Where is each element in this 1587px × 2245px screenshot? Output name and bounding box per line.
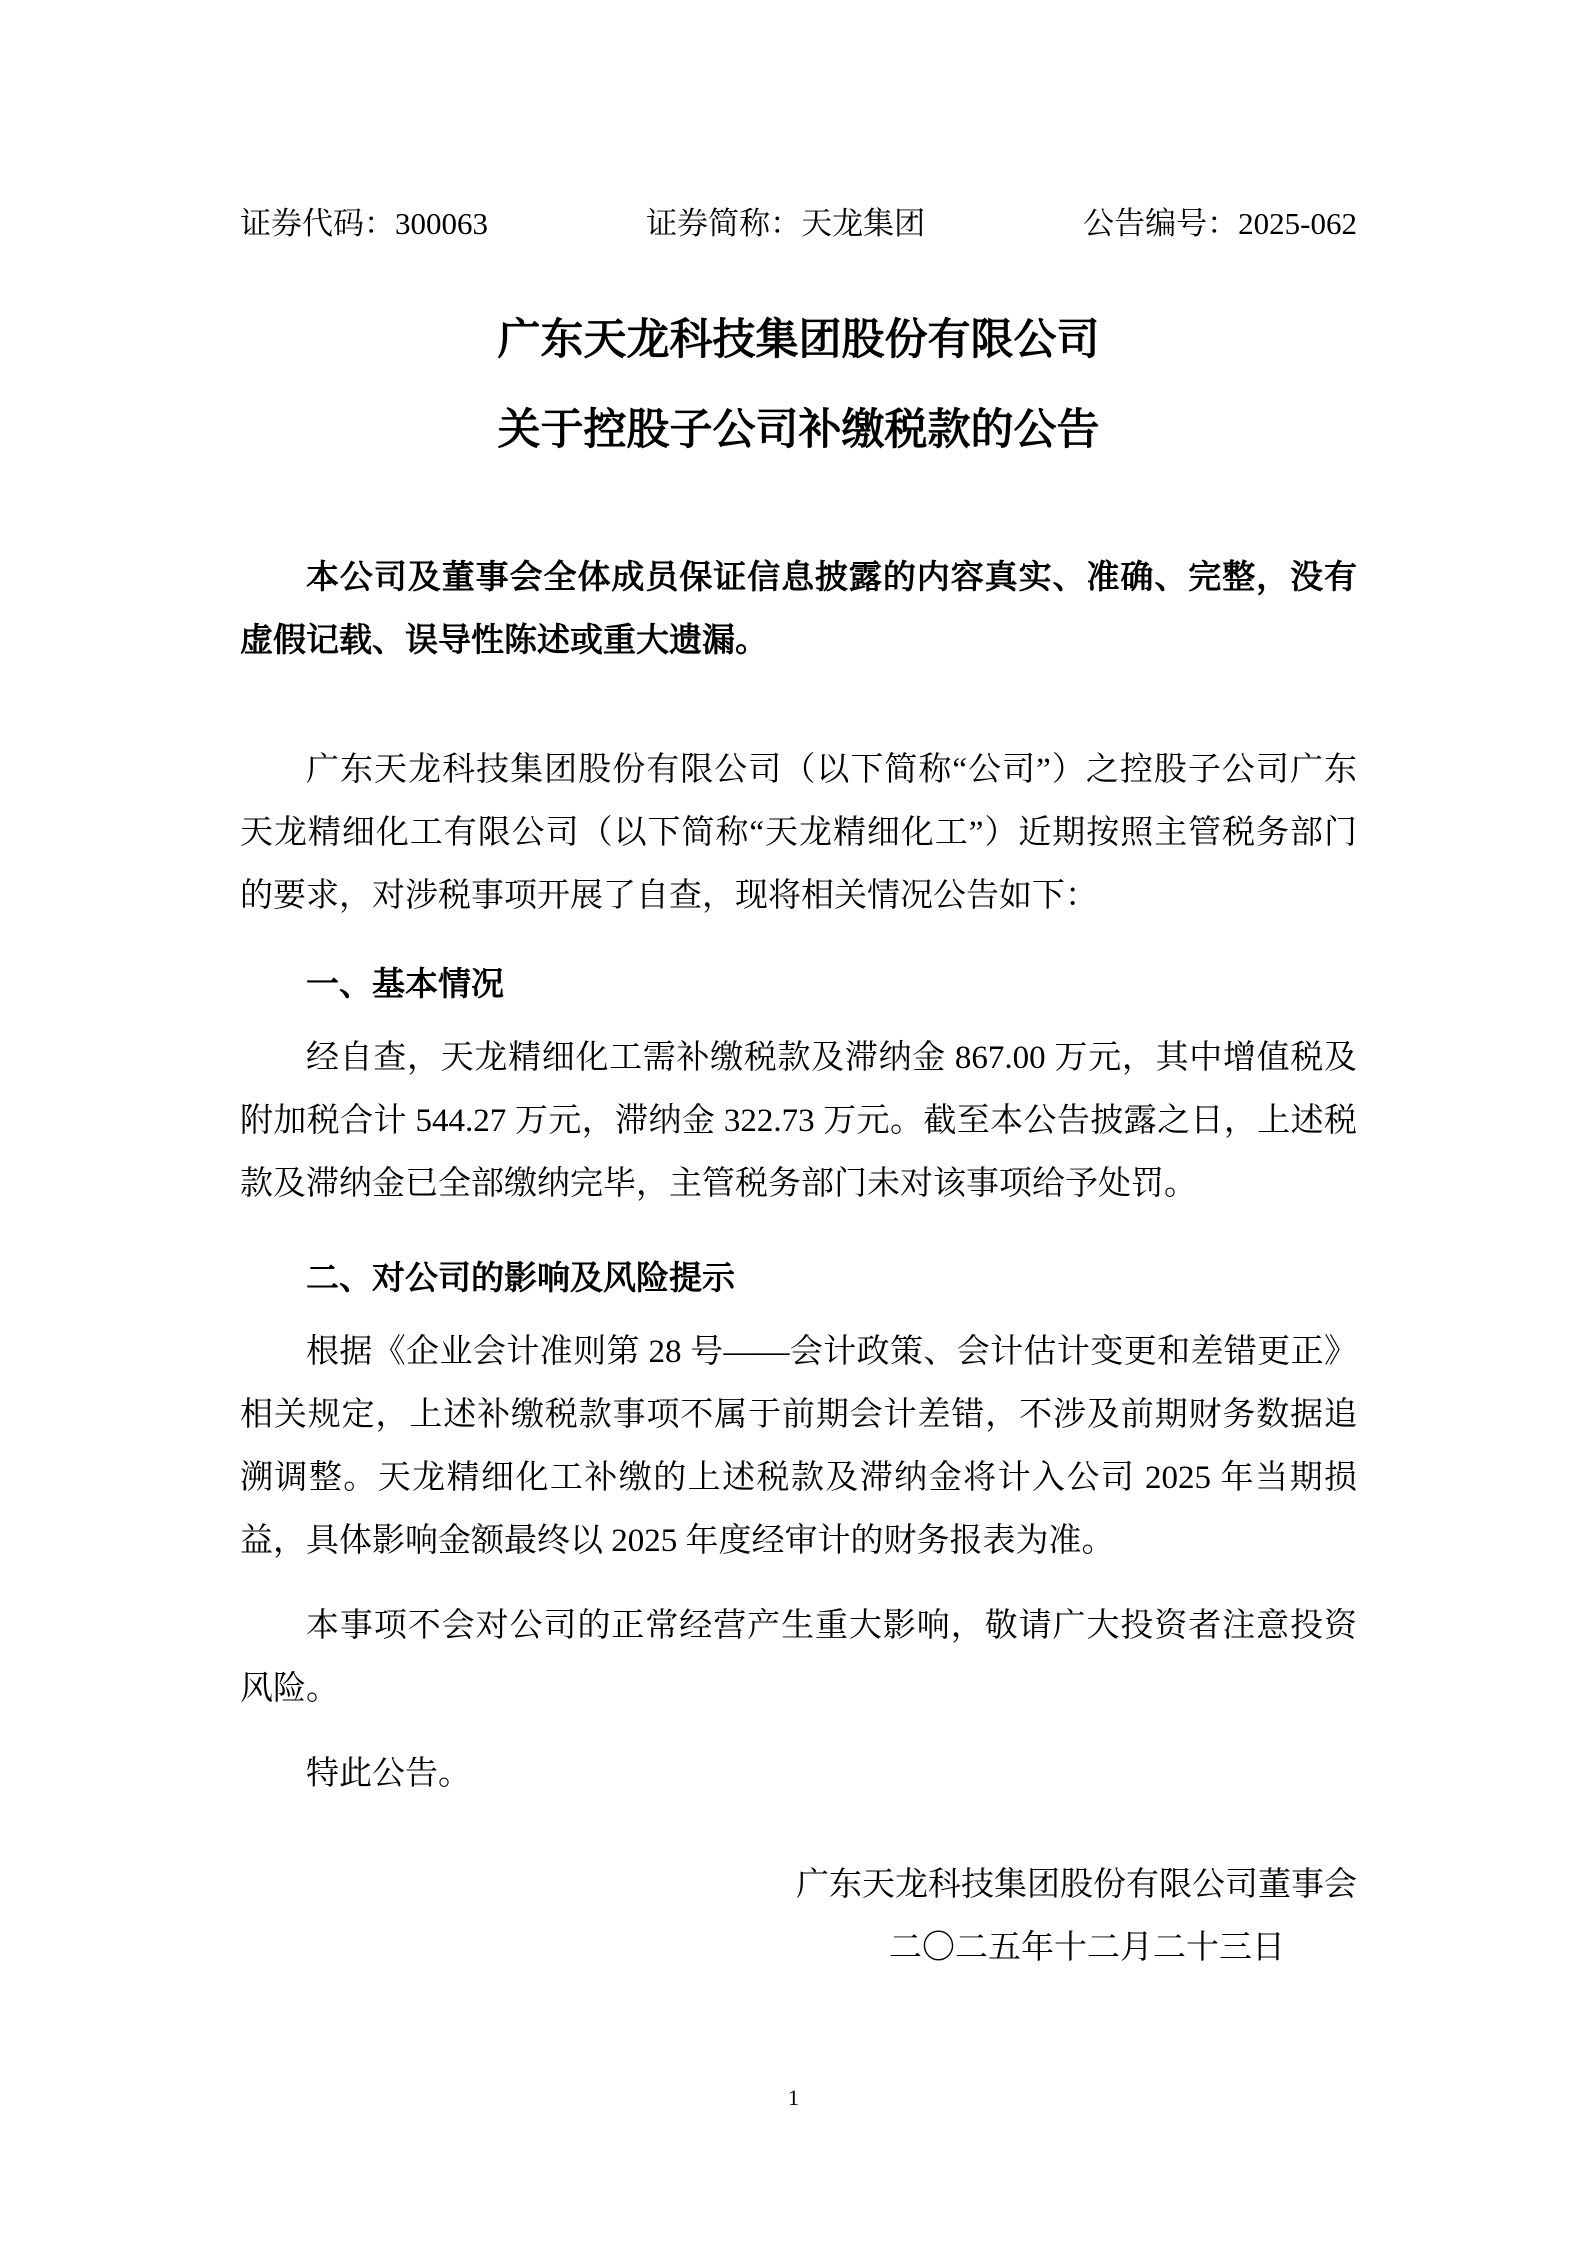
- signature-block: 广东天龙科技集团股份有限公司董事会 二〇二五年十二月二十三日: [240, 1854, 1357, 1980]
- section1-body: 经自查，天龙精细化工需补缴税款及滞纳金 867.00 万元，其中增值税及附加税合…: [240, 1027, 1357, 1216]
- intro-paragraph: 广东天龙科技集团股份有限公司（以下简称“公司”）之控股子公司广东天龙精细化工有限…: [240, 739, 1357, 928]
- announcement-page: 证券代码：300063 证券简称：天龙集团 公告编号：2025-062 广东天龙…: [0, 0, 1587, 2245]
- page-content: 证券代码：300063 证券简称：天龙集团 公告编号：2025-062 广东天龙…: [0, 0, 1587, 1980]
- stock-code: 证券代码：300063: [240, 203, 488, 245]
- board-declaration: 本公司及董事会全体成员保证信息披露的内容真实、准确、完整，没有虚假记载、误导性陈…: [240, 547, 1357, 673]
- section2-body-paragraph2: 本事项不会对公司的正常经营产生重大影响，敬请广大投资者注意投资风险。: [240, 1595, 1357, 1721]
- page-number: 1: [0, 2086, 1587, 2110]
- stock-abbreviation: 证券简称：天龙集团: [646, 203, 925, 245]
- section2-heading: 二、对公司的影响及风险提示: [240, 1246, 1357, 1309]
- company-name-title: 广东天龙科技集团股份有限公司: [240, 315, 1357, 367]
- announcement-subject-title: 关于控股子公司补缴税款的公告: [240, 405, 1357, 457]
- closing-statement: 特此公告。: [240, 1743, 1357, 1806]
- section2-body-paragraph1: 根据《企业会计准则第 28 号——会计政策、会计估计变更和差错更正》相关规定，上…: [240, 1321, 1357, 1573]
- section1-heading: 一、基本情况: [240, 952, 1357, 1015]
- announcement-number: 公告编号：2025-062: [1083, 203, 1357, 245]
- document-title: 广东天龙科技集团股份有限公司 关于控股子公司补缴税款的公告: [240, 315, 1357, 457]
- signature-issuer: 广东天龙科技集团股份有限公司董事会: [796, 1854, 1357, 1917]
- document-header: 证券代码：300063 证券简称：天龙集团 公告编号：2025-062: [240, 203, 1357, 245]
- signature-date: 二〇二五年十二月二十三日: [889, 1917, 1285, 1980]
